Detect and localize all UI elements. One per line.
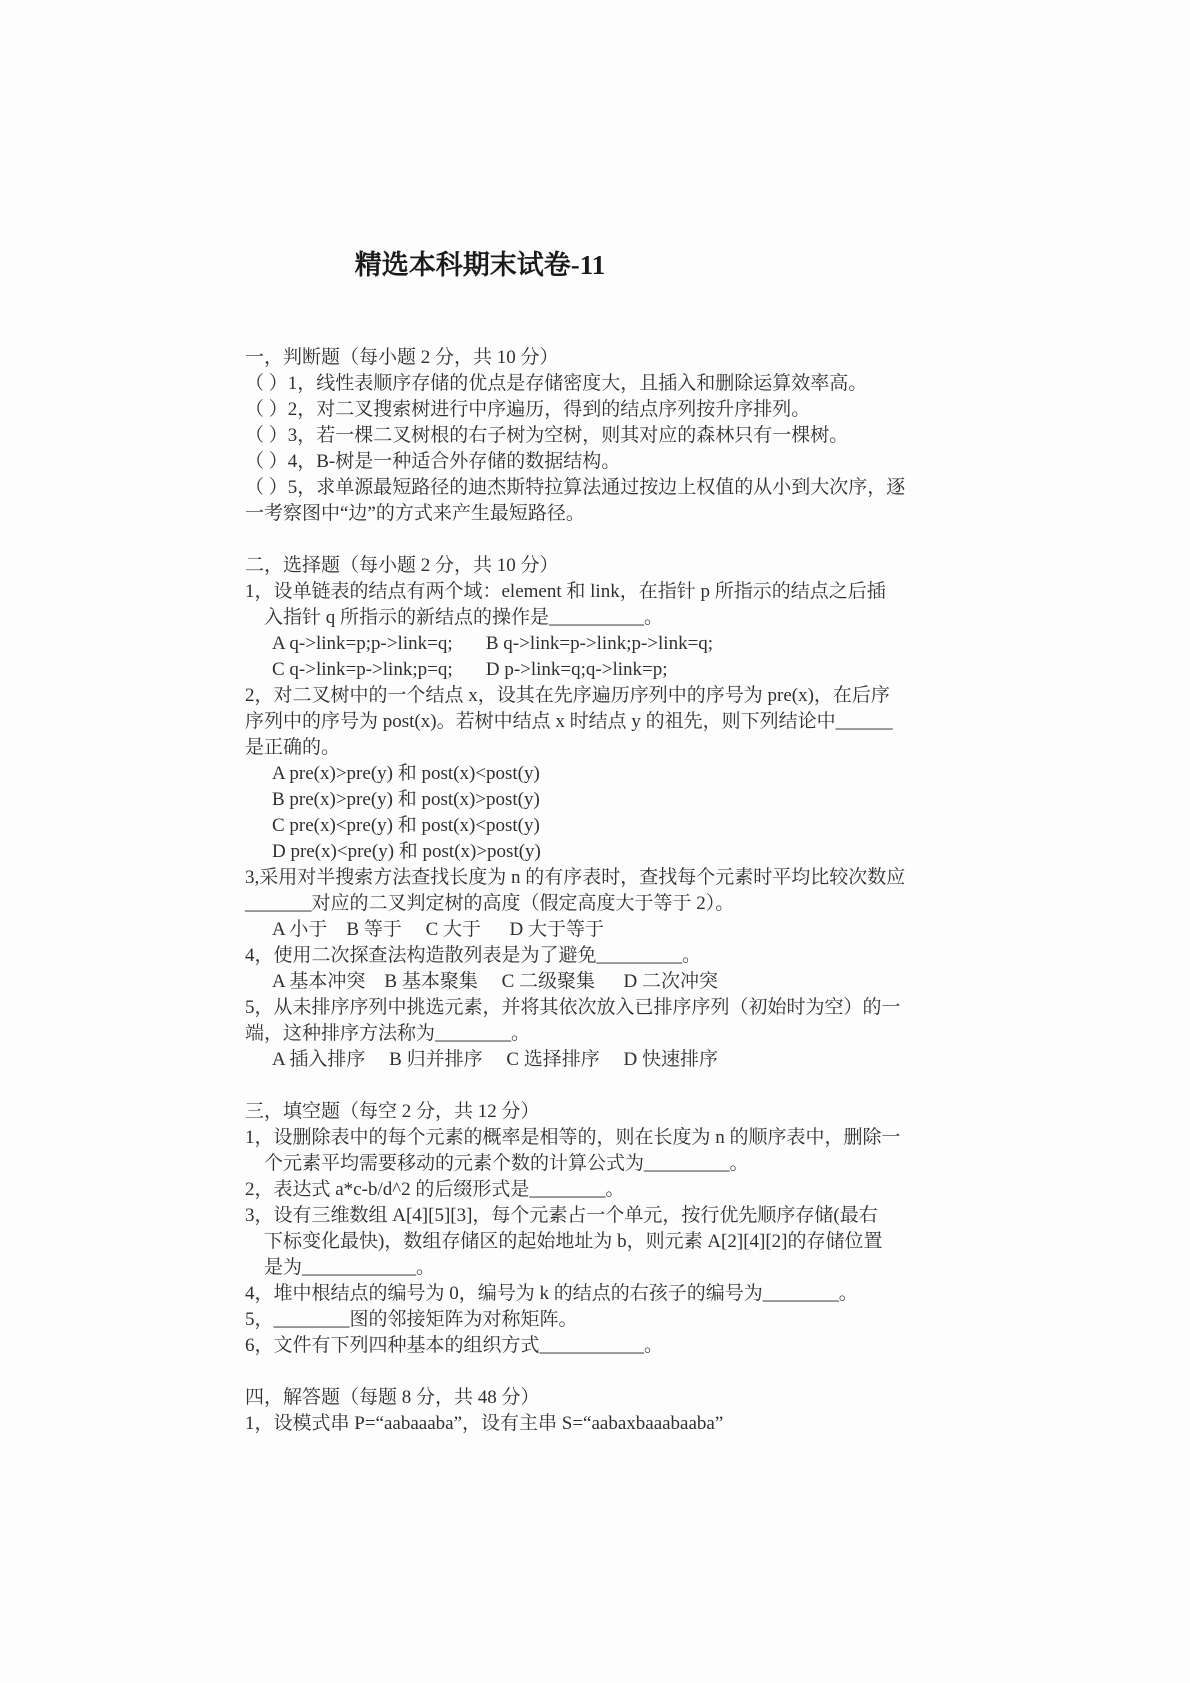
section-fill-blank-heading: 三，填空题（每空 2 分，共 12 分） xyxy=(245,1099,947,1125)
tf-item-3: （ ）3，若一棵二叉树根的右子树为空树，则其对应的森林只有一棵树。 xyxy=(245,423,947,449)
mc-q1-line1: 1，设单链表的结点有两个域：element 和 link，在指针 p 所指示的结… xyxy=(245,579,947,605)
mc-q2-option-a: A pre(x)>pre(y) 和 post(x)<post(y) xyxy=(245,761,947,787)
mc-q2-line1: 2，对二叉树中的一个结点 x，设其在先序遍历序列中的序号为 pre(x)，在后序 xyxy=(245,683,947,709)
fb-q1-line1: 1，设删除表中的每个元素的概率是相等的，则在长度为 n 的顺序表中，删除一 xyxy=(245,1125,947,1151)
exam-page: 精选本科期末试卷-11 一，判断题（每小题 2 分，共 10 分） （ ）1，线… xyxy=(0,0,1190,1683)
mc-q2-line2: 序列中的序号为 post(x)。若树中结点 x 时结点 y 的祖先，则下列结论中… xyxy=(245,709,947,735)
section-true-false: 一，判断题（每小题 2 分，共 10 分） （ ）1，线性表顺序存储的优点是存储… xyxy=(245,345,947,527)
mc-q1-options-ab: A q->link=p;p->link=q; B q->link=p->link… xyxy=(245,631,947,657)
sa-q1-line: 1，设模式串 P=“aabaaaba”，设有主串 S=“aabaxbaaabaa… xyxy=(245,1411,947,1437)
tf-item-4: （ ）4，B-树是一种适合外存储的数据结构。 xyxy=(245,449,947,475)
tf-item-5: （ ）5，求单源最短路径的迪杰斯特拉算法通过按边上权值的从小到大次序，逐 xyxy=(245,475,947,501)
section-true-false-heading: 一，判断题（每小题 2 分，共 10 分） xyxy=(245,345,947,371)
mc-q5-line2: 端，这种排序方法称为________。 xyxy=(245,1021,947,1047)
exam-content: 精选本科期末试卷-11 一，判断题（每小题 2 分，共 10 分） （ ）1，线… xyxy=(245,248,947,1437)
mc-q2-line3: 是正确的。 xyxy=(245,735,947,761)
fb-q5-line: 5，________图的邻接矩阵为对称矩阵。 xyxy=(245,1307,947,1333)
fb-q6-line: 6，文件有下列四种基本的组织方式___________。 xyxy=(245,1333,947,1359)
mc-q1-line2: 入指针 q 所指示的新结点的操作是__________。 xyxy=(245,605,947,631)
section-fill-blank: 三，填空题（每空 2 分，共 12 分） 1，设删除表中的每个元素的概率是相等的… xyxy=(245,1099,947,1359)
mc-q4-line: 4，使用二次探查法构造散列表是为了避免_________。 xyxy=(245,943,947,969)
mc-q3-line2: _______对应的二叉判定树的高度（假定高度大于等于 2）。 xyxy=(245,891,947,917)
tf-item-1: （ ）1，线性表顺序存储的优点是存储密度大，且插入和删除运算效率高。 xyxy=(245,371,947,397)
mc-q5-options: A 插入排序 B 归并排序 C 选择排序 D 快速排序 xyxy=(245,1047,947,1073)
tf-item-5-wrap: 一考察图中“边”的方式来产生最短路径。 xyxy=(245,501,947,527)
mc-q4-options: A 基本冲突 B 基本聚集 C 二级聚集 D 二次冲突 xyxy=(245,969,947,995)
page-title: 精选本科期末试卷-11 xyxy=(245,248,715,282)
fb-q1-line2: 个元素平均需要移动的元素个数的计算公式为_________。 xyxy=(245,1151,947,1177)
fb-q2-line: 2，表达式 a*c-b/d^2 的后缀形式是________。 xyxy=(245,1177,947,1203)
fb-q3-line3: 是为____________。 xyxy=(245,1255,947,1281)
mc-q5-line1: 5，从未排序序列中挑选元素，并将其依次放入已排序序列（初始时为空）的一 xyxy=(245,995,947,1021)
mc-q2-option-b: B pre(x)>pre(y) 和 post(x)>post(y) xyxy=(245,787,947,813)
mc-q3-line1: 3,采用对半搜索方法查找长度为 n 的有序表时，查找每个元素时平均比较次数应 xyxy=(245,865,947,891)
section-multiple-choice: 二，选择题（每小题 2 分，共 10 分） 1，设单链表的结点有两个域：elem… xyxy=(245,553,947,1073)
mc-q2-option-c: C pre(x)<pre(y) 和 post(x)<post(y) xyxy=(245,813,947,839)
tf-item-2: （ ）2，对二叉搜索树进行中序遍历，得到的结点序列按升序排列。 xyxy=(245,397,947,423)
section-solution-heading: 四，解答题（每题 8 分，共 48 分） xyxy=(245,1385,947,1411)
fb-q3-line1: 3，设有三维数组 A[4][5][3]，每个元素占一个单元，按行优先顺序存储(最… xyxy=(245,1203,947,1229)
mc-q1-options-cd: C q->link=p->link;p=q; D p->link=q;q->li… xyxy=(245,657,947,683)
fb-q4-line: 4，堆中根结点的编号为 0，编号为 k 的结点的右孩子的编号为________。 xyxy=(245,1281,947,1307)
mc-q2-option-d: D pre(x)<pre(y) 和 post(x)>post(y) xyxy=(245,839,947,865)
section-multiple-choice-heading: 二，选择题（每小题 2 分，共 10 分） xyxy=(245,553,947,579)
section-solution: 四，解答题（每题 8 分，共 48 分） 1，设模式串 P=“aabaaaba”… xyxy=(245,1385,947,1437)
fb-q3-line2: 下标变化最快)，数组存储区的起始地址为 b，则元素 A[2][4][2]的存储位… xyxy=(245,1229,947,1255)
mc-q3-options: A 小于 B 等于 C 大于 D 大于等于 xyxy=(245,917,947,943)
